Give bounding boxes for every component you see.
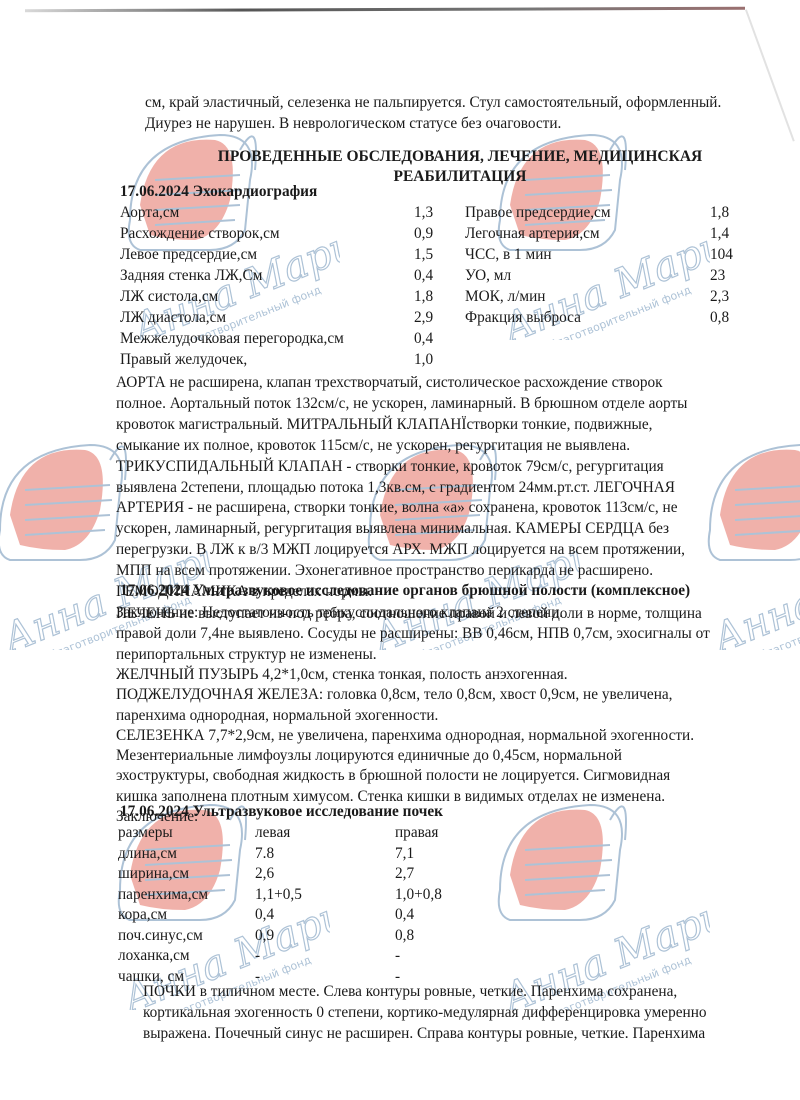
text-line: СЕЛЕЗЕНКА 7,7*2,9см, не увеличена, парен… [116,725,756,746]
kidney-row: ширина,см2,62,7 [120,865,520,886]
echo-label: ЛЖ систола,см [120,288,218,306]
echo-label: Расхождение створок,см [120,225,280,243]
kidney-cell: - [395,947,400,965]
echo-value: 0,4 [414,330,433,348]
abdomen-title: 17.06.2024 Ультразвуковое исследование о… [120,582,690,600]
kidney-row: паренхима,см1,1+0,51,0+0,8 [120,886,520,907]
kidney-header-row: размерылеваяправая [120,824,520,845]
echo-row: Расхождение створок,см0,9 [120,225,440,246]
kidney-cell: 2,6 [255,865,274,883]
text-line: эхоструктуры, свободная жидкость в брюшн… [116,765,756,786]
section-heading: ПРОВЕДЕННЫЕ ОБСЛЕДОВАНИЯ, ЛЕЧЕНИЕ, МЕДИЦ… [200,147,720,187]
echo-value: 2,3 [710,288,729,306]
text-line: ПОДЖЕЛУДОЧНАЯ ЖЕЛЕЗА: головка 0,8см, тел… [116,684,756,705]
echo-value: 1,4 [710,225,729,243]
kidney-cell: 7,1 [395,845,414,863]
text-line: ПЕЧЕНЬ не выступает из-под ребра, соотно… [116,603,756,624]
kidney-cell: правая [395,824,438,842]
echo-value: 23 [710,267,725,285]
kidney-cell: - [255,947,260,965]
text-line: ПОЧКИ в типичном месте. Слева контуры ро… [143,981,783,1002]
echo-row: Легочная артерия,см1,4 [465,225,755,246]
echo-row: МОК, л/мин2,3 [465,288,755,309]
text-line: кровоток магистральный. МИТРАЛЬНЫЙ КЛАПА… [116,414,756,435]
kidney-cell: паренхима,см [118,886,208,904]
echo-row: Фракция выброса0,8 [465,309,755,330]
text-line: АРТЕРИЯ - не расширена, створки тонкие, … [116,497,756,518]
kidney-cell: 1,0+0,8 [395,886,442,904]
text-line: Мезентериальные лимфоузлы лоцируются еди… [116,745,756,766]
text-line: ускорен, ламинарный, регургитация выявле… [116,518,756,539]
kidney-cell: кора,см [118,906,167,924]
echo-value: 1,0 [414,351,433,369]
kidney-cell: 2,7 [395,865,414,883]
echo-label: Аорта,см [120,204,179,222]
echo-label: Левое предсердие,см [120,246,257,264]
echo-label: Межжелудочковая перегородка,см [120,330,344,348]
text-line: паренхима однородная, нормальной эхогенн… [116,705,756,726]
text-line: выявлена 2степени, площадью потока 1,3кв… [116,477,756,498]
echo-value: 2,9 [414,309,433,327]
echo-value: 0,9 [414,225,433,243]
kidney-cell: размеры [118,824,173,842]
echo-label: Правое предсердие,см [465,204,611,222]
echo-value: 0,8 [710,309,729,327]
text-line: правой доли 7,4не выявлено. Сосуды не ра… [116,623,756,644]
text-line: АОРТА не расширена, клапан трехстворчаты… [116,372,756,393]
svg-text:благотворительный фонд: благотворительный фонд [758,593,800,650]
echo-title: 17.06.2024 Эхокардиография [120,183,317,201]
echo-value: 1,8 [710,204,729,222]
echo-label: УО, мл [465,267,511,285]
text-line: ЖЕЛЧНЫЙ ПУЗЫРЬ 4,2*1,0см, стенка тонкая,… [116,664,756,685]
echo-label: ЛЖ диастола,см [120,309,226,327]
text-line: МПП на всем протяжении. Эхонегативное пр… [116,560,756,581]
kidney-cell: 0,9 [255,927,274,945]
kidney-cell: 1,1+0,5 [255,886,302,904]
text-line: Диурез не нарушен. В неврологическом ста… [145,113,785,134]
echo-row: Правый желудочек,1,0 [120,351,440,372]
text-line: смыкание их полное, кровоток 115см/с, не… [116,435,756,456]
text-line: выражена. Почечный синус не расширен. Сп… [143,1023,783,1044]
echo-label: ЧСС, в 1 мин [465,246,552,264]
echo-label: Легочная артерия,см [465,225,600,243]
echo-label: Правый желудочек, [120,351,247,369]
echo-row: ЧСС, в 1 мин104 [465,246,755,267]
echo-row: УО, мл23 [465,267,755,288]
text-line: полное. Аортальный поток 132см/с, не уск… [116,393,756,414]
kidney-cell: 0,4 [255,906,274,924]
echo-row: Межжелудочковая перегородка,см0,4 [120,330,440,351]
kidney-cell: 0,8 [395,927,414,945]
echo-row: Правое предсердие,см1,8 [465,204,755,225]
kidney-title: 17.06.2024 Ультразвуковое исследование п… [120,803,443,821]
heading-line: ПРОВЕДЕННЫЕ ОБСЛЕДОВАНИЯ, ЛЕЧЕНИЕ, МЕДИЦ… [200,147,720,167]
text-line: ТРИКУСПИДАЛЬНЫЙ КЛАПАН - створки тонкие,… [116,456,756,477]
echo-row: Левое предсердие,см1,5 [120,246,440,267]
echo-row: ЛЖ диастола,см2,9 [120,309,440,330]
kidney-cell: 7.8 [255,845,274,863]
kidney-cell: левая [255,824,290,842]
kidney-cell: поч.синус,см [118,927,203,945]
text-line: перегрузки. В ЛЖ к в/3 МЖП лоцируется АР… [116,539,756,560]
text-line: кортикальная эхогенность 0 степени, корт… [143,1002,783,1023]
echo-value: 1,3 [414,204,433,222]
text-line: см, край эластичный, селезенка не пальпи… [145,92,785,113]
kidney-row: поч.синус,см0,90,8 [120,927,520,948]
kidney-cell: лоханка,см [118,947,190,965]
text-line: перипортальных структур не изменены. [116,644,756,665]
echo-value: 1,8 [414,288,433,306]
echo-label: МОК, л/мин [465,288,545,306]
scan-top-edge [25,7,745,13]
echo-value: 1,5 [414,246,433,264]
echo-row: ЛЖ систола,см1,8 [120,288,440,309]
kidney-cell: ширина,см [118,865,189,883]
echo-row: Задняя стенка ЛЖ,См0,4 [120,267,440,288]
echo-label: Задняя стенка ЛЖ,См [120,267,262,285]
kidney-row: лоханка,см-- [120,947,520,968]
echo-label: Фракция выброса [465,309,581,327]
echo-value: 104 [710,246,733,264]
kidney-cell: длина,см [118,845,177,863]
kidney-row: кора,см0,40,4 [120,906,520,927]
echo-value: 0,4 [414,267,433,285]
echo-row: Аорта,см1,3 [120,204,440,225]
kidney-row: длина,см7.87,1 [120,845,520,866]
kidney-cell: 0,4 [395,906,414,924]
